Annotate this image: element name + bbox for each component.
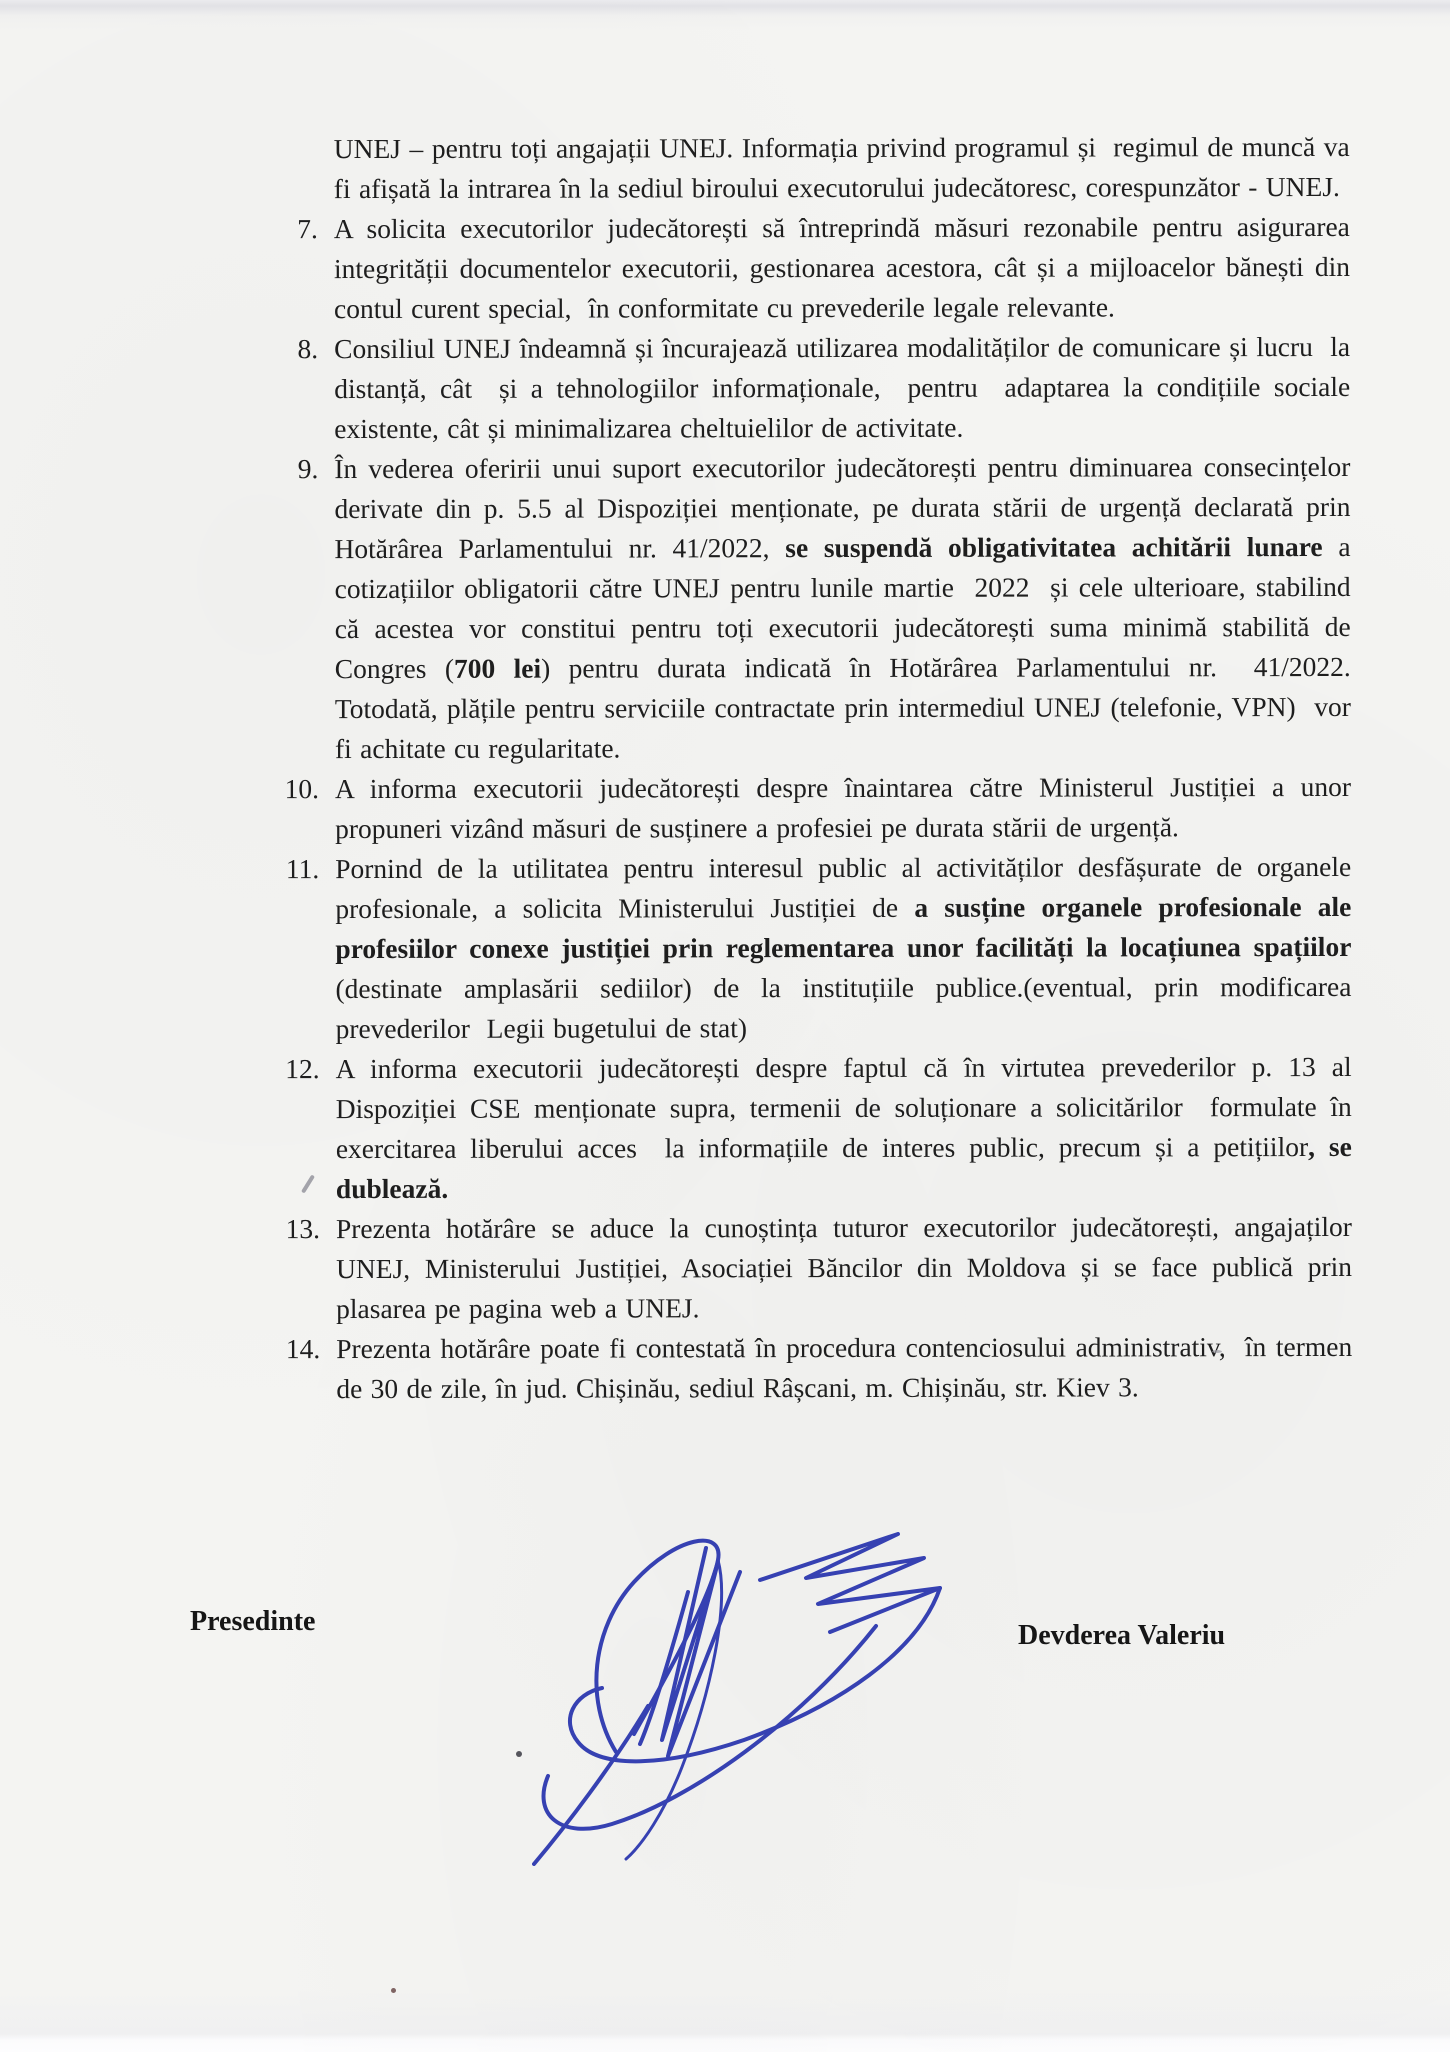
scanned-document-page: UNEJ – pentru toți angajații UNEJ. Infor… <box>0 0 1450 2052</box>
pen-dot <box>516 1751 522 1757</box>
item-number: 7. <box>297 209 318 249</box>
item-number: 13. <box>286 1209 320 1249</box>
scan-speckle <box>301 1174 315 1193</box>
item-number: 10. <box>285 769 319 809</box>
item-number: 8. <box>297 329 318 369</box>
item-text: A informa executorii judecătorești despr… <box>336 1051 1352 1204</box>
item-number: 14. <box>286 1329 320 1369</box>
list-item-7: 7. A solicita executorilor judecătorești… <box>334 207 1350 329</box>
item-text: Consiliul UNEJ îndeamnă și încurajează u… <box>334 331 1350 444</box>
president-label: Presedinte <box>190 1606 315 1638</box>
item-text: A informa executorii judecătorești despr… <box>335 771 1351 844</box>
list-item-8: 8. Consiliul UNEJ îndeamnă și încurajeaz… <box>334 327 1350 449</box>
list-item-9: 9. În vederea oferirii unui suport execu… <box>334 447 1351 769</box>
item-number: 12. <box>285 1049 319 1089</box>
signer-name: Devderea Valeriu <box>1018 1620 1225 1652</box>
scan-speckle <box>1212 1350 1222 1353</box>
scan-speckle <box>391 1988 396 1993</box>
item-text: Pornind de la utilitatea pentru interesu… <box>335 851 1351 1044</box>
item-text: Prezenta hotărâre se aduce la cunoștința… <box>336 1211 1352 1324</box>
item-text: A solicita executorilor judecătorești să… <box>334 211 1350 324</box>
list-item-10: 10. A informa executorii judecătorești d… <box>335 767 1351 849</box>
list-item-13: 13. Prezenta hotărâre se aduce la cunoșt… <box>336 1207 1352 1329</box>
item-number: 11. <box>286 849 319 889</box>
item-text: Prezenta hotărâre poate fi contestată în… <box>336 1331 1352 1404</box>
list-item-14: 14. Prezenta hotărâre poate fi contestat… <box>336 1327 1352 1409</box>
item-number: 9. <box>298 449 319 489</box>
paragraph-continuation: UNEJ – pentru toți angajații UNEJ. Infor… <box>334 127 1350 209</box>
list-item-11: 11. Pornind de la utilitatea pentru inte… <box>335 847 1351 1049</box>
list-item-12: 12. A informa executorii judecătorești d… <box>336 1047 1352 1209</box>
document-body: UNEJ – pentru toți angajații UNEJ. Infor… <box>334 127 1353 1409</box>
signature-scribble <box>420 1515 1020 1885</box>
item-text: În vederea oferirii unui suport executor… <box>334 451 1351 764</box>
